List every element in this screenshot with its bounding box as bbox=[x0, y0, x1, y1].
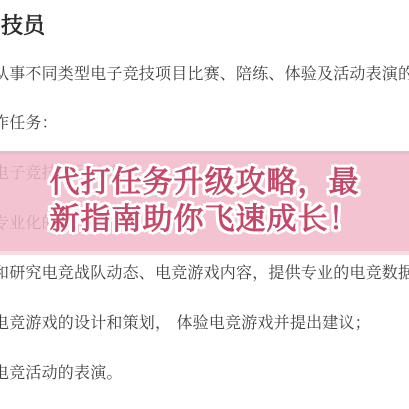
banner-title-line2: 新指南助你飞速成长！ bbox=[0, 201, 409, 238]
banner-title-line1: 代打任务升级攻略，最 bbox=[0, 164, 409, 201]
document-line-event-performance: 电竞活动的表演。 bbox=[0, 361, 409, 385]
document-line-esports-data: 和研究电竞战队动态、电竞游戏内容，提供专业的电竞数据 bbox=[0, 261, 409, 285]
document-line-job-description: 从事不同类型电子竞技项目比赛、陪练、体验及活动表演的 bbox=[0, 62, 409, 86]
banner-title: 代打任务升级攻略，最 新指南助你飞速成长！ bbox=[0, 154, 409, 238]
document-heading: 技员 bbox=[1, 9, 45, 40]
document-line-work-tasks-label: 作任务： bbox=[0, 111, 409, 135]
article-page: 技员 从事不同类型电子竞技项目比赛、陪练、体验及活动表演的 作任务： 电子竞技项… bbox=[0, 0, 409, 409]
promo-banner: 代打任务升级攻略，最 新指南助你飞速成长！ bbox=[0, 151, 409, 255]
document-line-game-design: 电竞游戏的设计和策划， 体验电竞游戏并提出建议； bbox=[0, 311, 409, 335]
